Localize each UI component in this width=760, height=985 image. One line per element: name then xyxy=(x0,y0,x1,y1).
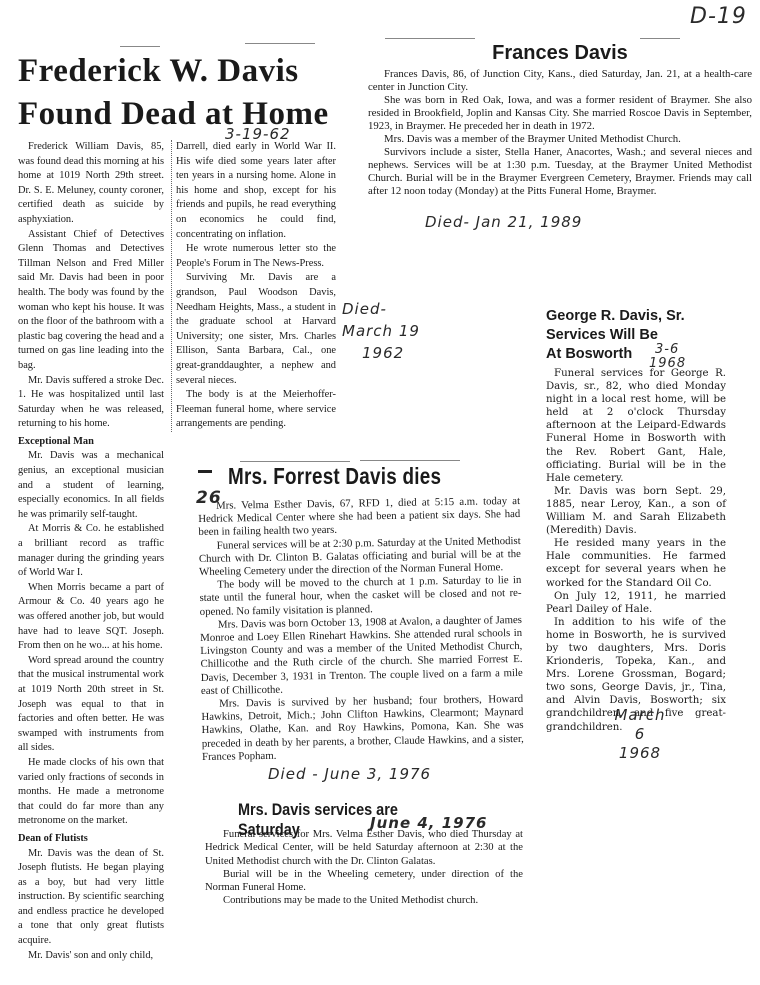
headline-line: George R. Davis, Sr. xyxy=(546,307,746,326)
headline-line: Services Will Be xyxy=(546,326,746,345)
paragraph: Mr. Davis suffered a stroke Dec. 1. He w… xyxy=(18,374,164,432)
paragraph: Word spread around the country that the … xyxy=(18,654,164,756)
paragraph: Mrs. Davis was a member of the Braymer U… xyxy=(368,133,752,146)
paragraph: Mrs. Davis was born October 13, 1908 at … xyxy=(200,614,523,698)
paragraph: Frederick William Davis, 85, was found d… xyxy=(18,140,164,228)
article-body-frances: Frances Davis, 86, of Junction City, Kan… xyxy=(368,68,752,198)
paragraph: He made clocks of his own that varied on… xyxy=(18,756,164,829)
paragraph: He resided many years in the Hale commun… xyxy=(546,537,726,589)
paragraph: Frances Davis, 86, of Junction City, Kan… xyxy=(368,68,752,94)
paragraph: Mr. Davis was born Sept. 29, 1885, near … xyxy=(546,485,726,537)
subhead-dean-of-flutists: Dean of Flutists xyxy=(18,832,164,847)
clipping-rule xyxy=(245,43,315,44)
note-line: 1968 xyxy=(610,744,670,763)
headline-frederick: Frederick W. Davis Found Dead at Home xyxy=(18,50,338,136)
article-body-forrest: Mrs. Velma Esther Davis, 67, RFD 1, died… xyxy=(198,495,524,764)
article-body-services: Funeral services for Mrs. Velma Esther D… xyxy=(205,828,523,908)
paragraph: When Morris became a part of Armour & Co… xyxy=(18,581,164,654)
paragraph: Mrs. Velma Esther Davis, 67, RFD 1, died… xyxy=(198,495,521,540)
paragraph: Mr. Davis was the dean of St. Joseph flu… xyxy=(18,847,164,949)
paragraph: At Morris & Co. he established a brillia… xyxy=(18,522,164,580)
clipping-rule xyxy=(120,46,160,47)
page-label-handwritten: D-19 xyxy=(690,4,747,29)
handwritten-note-frederick: Died- March 19 1962 xyxy=(342,298,420,364)
paragraph: Funeral services will be at 2:30 p.m. Sa… xyxy=(199,535,522,580)
clipping-rule xyxy=(240,461,350,462)
paragraph: The body is at the Meierhoffer-Fleeman f… xyxy=(176,388,336,432)
headline-line: At Bosworth xyxy=(546,345,746,364)
paragraph: Burial will be in the Wheeling cemetery,… xyxy=(205,868,523,895)
note-line: 6 xyxy=(610,725,670,744)
paragraph: Assistant Chief of Detectives Glenn Thom… xyxy=(18,228,164,374)
note-line: March xyxy=(610,706,670,725)
headline-frances: Frances Davis xyxy=(470,42,650,65)
paragraph: The body will be moved to the church at … xyxy=(199,574,522,619)
paragraph: He wrote numerous letter sto the People'… xyxy=(176,242,336,271)
paragraph: Funeral services for George R. Davis, sr… xyxy=(546,367,726,485)
article-column-2: Darrell, died early in World War II. His… xyxy=(171,140,336,432)
clipping-rule xyxy=(640,38,680,39)
handwritten-note-frances: Died- Jan 21, 1989 xyxy=(425,213,582,231)
paragraph: Contributions may be made to the United … xyxy=(205,894,523,907)
paragraph: Mr. Davis' son and only child, xyxy=(18,949,164,964)
article-column-1: Frederick William Davis, 85, was found d… xyxy=(18,140,164,963)
paragraph: Mrs. Davis is survived by her husband; f… xyxy=(201,693,524,764)
paragraph: Surviving Mr. Davis are a grandson, Paul… xyxy=(176,271,336,388)
clipping-rule xyxy=(385,38,475,39)
paragraph: Survivors include a sister, Stella Haner… xyxy=(368,146,752,198)
note-line: 3-6 xyxy=(655,343,686,357)
handwritten-note-george: March 6 1968 xyxy=(610,706,670,763)
note-line: March 19 xyxy=(342,320,420,342)
paragraph: On July 12, 1911, he married Pearl Daile… xyxy=(546,590,726,616)
paragraph: Mr. Davis was a mechanical genius, an ex… xyxy=(18,449,164,522)
paragraph: Darrell, died early in World War II. His… xyxy=(176,140,336,242)
handwritten-note-forrest: Died - June 3, 1976 xyxy=(268,765,431,783)
clipping-rule xyxy=(360,460,460,461)
paragraph: Funeral services for Mrs. Velma Esther D… xyxy=(205,828,523,868)
paragraph: She was born in Red Oak, Iowa, and was a… xyxy=(368,94,752,133)
article-body-george: Funeral services for George R. Davis, sr… xyxy=(546,367,726,734)
subhead-exceptional-man: Exceptional Man xyxy=(18,435,164,450)
margin-dash xyxy=(198,470,212,473)
note-line: 1962 xyxy=(342,342,420,364)
headline-george: George R. Davis, Sr. Services Will Be At… xyxy=(546,307,746,364)
note-line: Died- xyxy=(342,298,420,320)
headline-forrest: Mrs. Forrest Davis dies xyxy=(228,463,441,490)
